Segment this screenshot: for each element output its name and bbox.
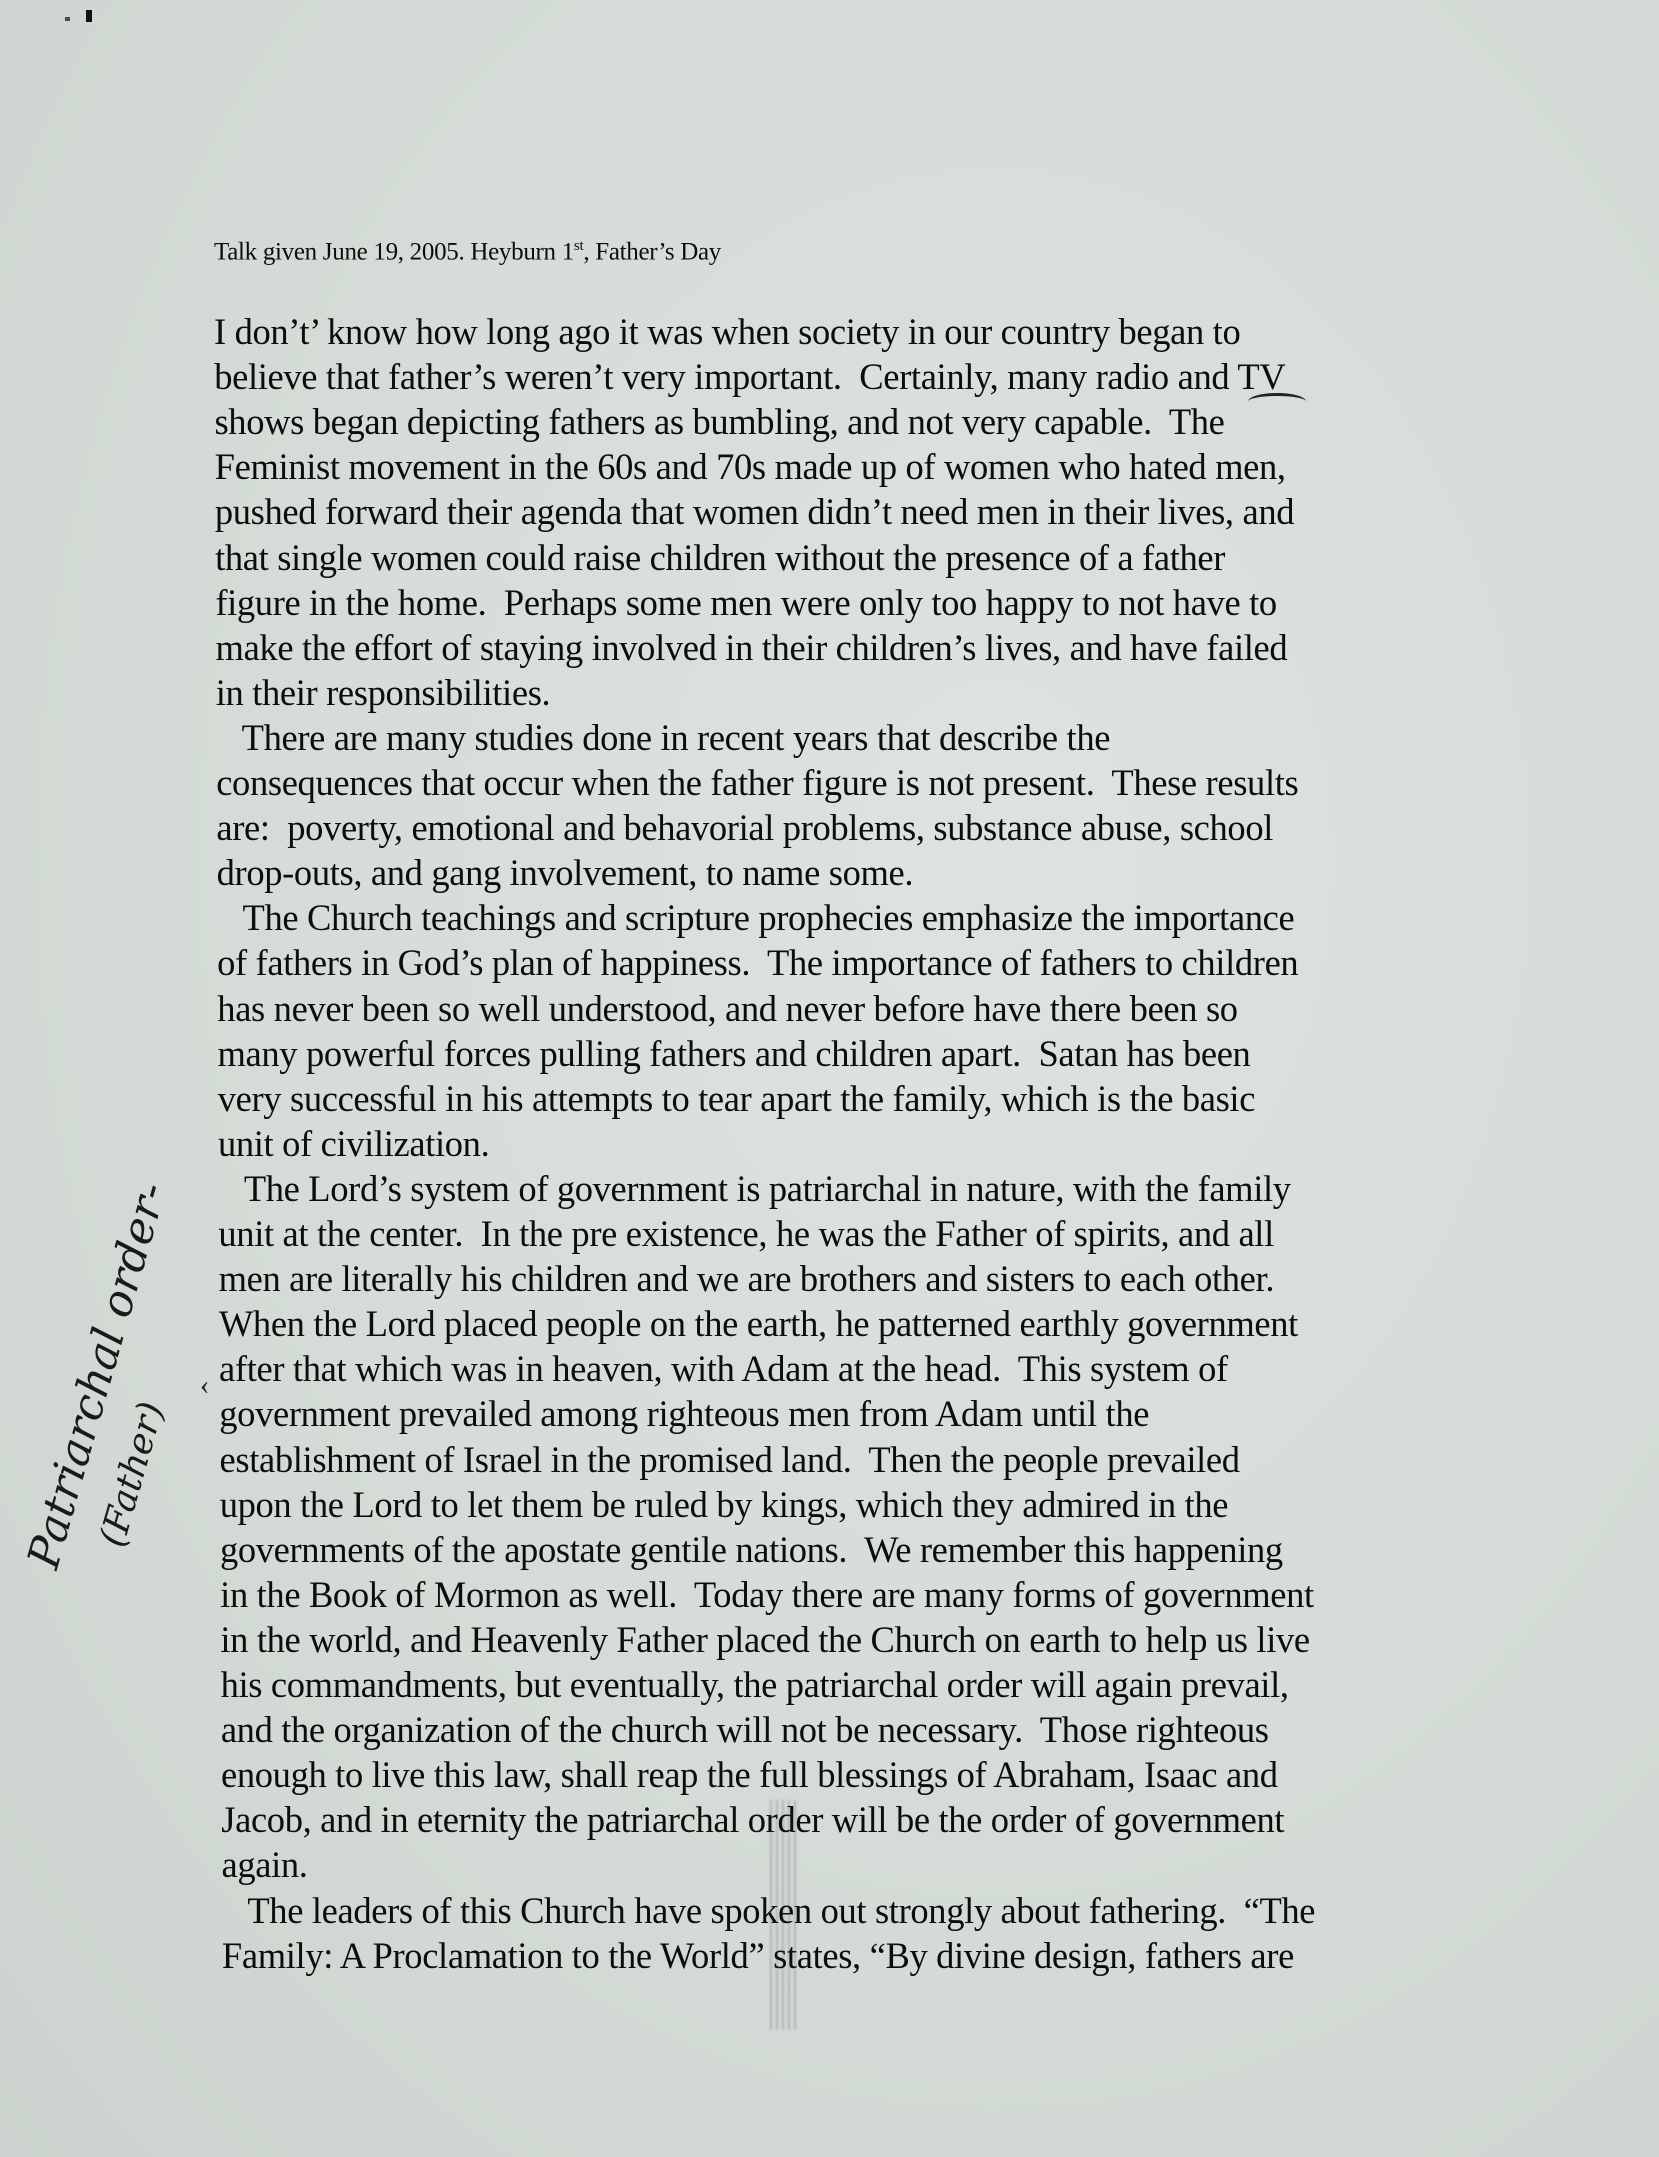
text-line: government prevailed among righteous men…: [219, 1392, 1149, 1435]
text-line: There are many studies done in recent ye…: [216, 716, 1110, 759]
text-line: figure in the home. Perhaps some men wer…: [215, 581, 1276, 624]
text-line: upon the Lord to let them be ruled by ki…: [220, 1483, 1228, 1526]
text-line: of fathers in God’s plan of happiness. T…: [217, 941, 1298, 984]
text-line: that single women could raise children w…: [215, 536, 1225, 579]
ink-speck: [86, 10, 92, 22]
text-line: very successful in his attempts to tear …: [218, 1077, 1255, 1120]
text-line: shows began depicting fathers as bumblin…: [214, 400, 1224, 443]
text-line: unit of civilization.: [218, 1122, 489, 1165]
text-line: after that which was in heaven, with Ada…: [219, 1347, 1228, 1390]
text-line: pushed forward their agenda that women d…: [215, 490, 1294, 533]
text-line: The Church teachings and scripture proph…: [217, 896, 1295, 939]
text-line: unit at the center. In the pre existence…: [218, 1212, 1274, 1255]
text-line: are: poverty, emotional and behavorial p…: [216, 806, 1273, 849]
ink-smudge: [770, 1800, 800, 2030]
text-line: in the world, and Heavenly Father placed…: [220, 1618, 1309, 1661]
text-line: Feminist movement in the 60s and 70s mad…: [215, 445, 1286, 488]
text-line: and the organization of the church will …: [221, 1708, 1269, 1751]
text-line: make the effort of staying involved in t…: [216, 626, 1288, 669]
text-line: in their responsibilities.: [216, 671, 551, 714]
header-text: Talk given June 19, 2005. Heyburn 1: [214, 238, 574, 265]
text-line: consequences that occur when the father …: [216, 761, 1298, 804]
handwritten-margin-note: Patriarchal order-: [18, 1177, 177, 1574]
text-line: has never been so well understood, and n…: [217, 987, 1237, 1030]
header-superscript: st: [574, 238, 583, 254]
text-line: The leaders of this Church have spoken o…: [222, 1889, 1315, 1932]
text-line: men are literally his children and we ar…: [219, 1257, 1275, 1300]
text-line: establishment of Israel in the promised …: [220, 1438, 1240, 1481]
text-line: governments of the apostate gentile nati…: [220, 1528, 1283, 1571]
ink-speck: [65, 17, 70, 21]
text-line: When the Lord placed people on the earth…: [219, 1302, 1298, 1345]
text-line: in the Book of Mormon as well. Today the…: [220, 1573, 1314, 1616]
scanned-page: Talk given June 19, 2005. Heyburn 1st, F…: [0, 0, 1659, 2157]
header-suffix: , Father’s Day: [583, 238, 721, 265]
document-header: Talk given June 19, 2005. Heyburn 1st, F…: [214, 238, 721, 266]
text-line: again.: [221, 1843, 307, 1886]
text-line: his commandments, but eventually, the pa…: [221, 1663, 1289, 1706]
text-line: Family: A Proclamation to the World” sta…: [222, 1934, 1294, 1977]
handwritten-insert-mark: [1248, 393, 1306, 410]
text-line: drop-outs, and gang involvement, to name…: [217, 851, 914, 894]
handwritten-caret-mark: ‹: [200, 1370, 209, 1402]
text-line: I don’t’ know how long ago it was when s…: [214, 310, 1240, 353]
text-line: The Lord’s system of government is patri…: [218, 1167, 1291, 1210]
text-line: believe that father’s weren’t very impor…: [214, 355, 1285, 398]
text-line: Jacob, and in eternity the patriarchal o…: [221, 1798, 1284, 1841]
text-line: many powerful forces pulling fathers and…: [218, 1032, 1251, 1075]
text-line: enough to live this law, shall reap the …: [221, 1753, 1278, 1796]
